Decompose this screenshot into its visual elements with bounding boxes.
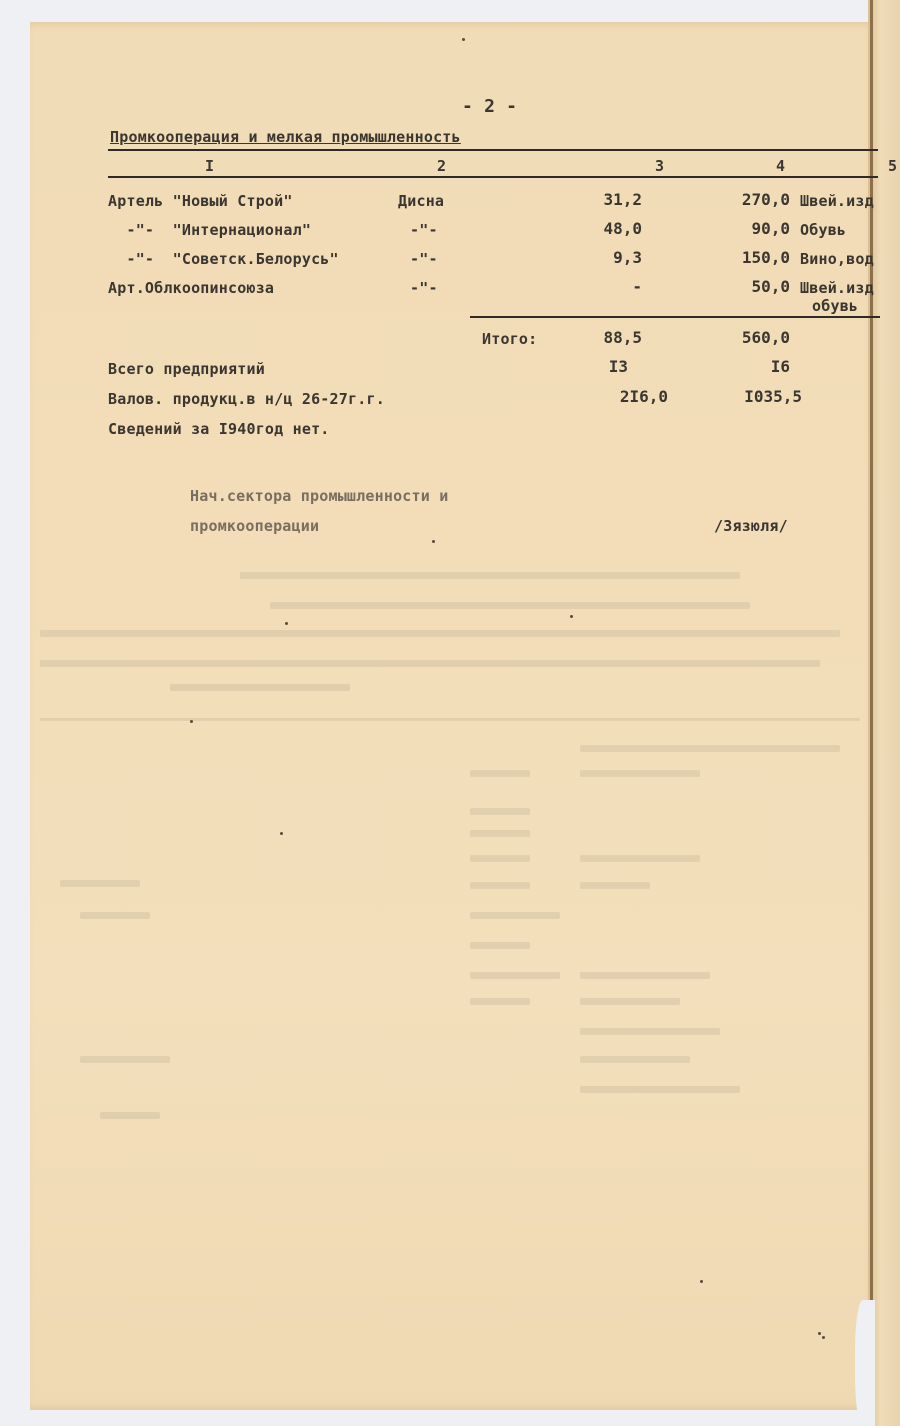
row-location: -"-: [410, 279, 438, 297]
signature-name: /Зязюля/: [714, 517, 788, 535]
column-header-1: I: [205, 157, 214, 175]
row-col5-line2: обувь: [812, 297, 858, 315]
row-col4: 150,0: [700, 248, 790, 267]
summary-label: Всего предприятий: [108, 360, 265, 378]
signature-title-line1: Нач.сектора промышленности и: [190, 487, 448, 505]
total-col4: 560,0: [700, 328, 790, 347]
table-top-rule: [108, 149, 878, 151]
row-location: Дисна: [398, 192, 444, 210]
row-location: -"-: [410, 250, 438, 268]
total-label: Итого:: [482, 330, 537, 348]
summary-col4: I6: [700, 357, 790, 376]
row-col5: Швей.изд: [800, 279, 874, 297]
row-col3: 31,2: [560, 190, 642, 209]
row-col5: Вино,вод: [800, 250, 874, 268]
row-col4: 50,0: [700, 277, 790, 296]
column-header-2: 2: [437, 157, 446, 175]
row-col3: 9,3: [560, 248, 642, 267]
row-name: Артель "Новый Строй": [108, 192, 293, 210]
column-header-3: 3: [655, 157, 664, 175]
total-col3: 88,5: [560, 328, 642, 347]
signature-title-line2: промкооперации: [190, 517, 319, 535]
column-header-5: 5: [888, 157, 897, 175]
row-col5: Обувь: [800, 221, 846, 239]
summary-label: Валов. продукц.в н/ц 26-27г.г.: [108, 390, 385, 408]
total-rule: [470, 316, 880, 318]
header-bottom-rule: [108, 176, 878, 178]
row-col4: 90,0: [700, 219, 790, 238]
summary-col3: I3: [560, 357, 628, 376]
row-name: -"- "Интернационал": [108, 221, 311, 239]
row-col5: Швей.изд: [800, 192, 874, 210]
section-title: Промкооперация и мелкая промышленность: [110, 128, 461, 146]
row-name: Арт.Облкоопинсоюза: [108, 279, 274, 297]
row-col4: 270,0: [700, 190, 790, 209]
row-col3: 48,0: [560, 219, 642, 238]
summary-col3: 2I6,0: [560, 387, 668, 406]
column-header-4: 4: [776, 157, 785, 175]
note-text: Сведений за I940год нет.: [108, 420, 330, 438]
page-number: - 2 -: [462, 96, 517, 117]
row-col3: -: [560, 277, 642, 296]
row-name: -"- "Советск.Белорусь": [108, 250, 339, 268]
torn-corner: [855, 1300, 875, 1426]
page-fold-line: [870, 0, 873, 1426]
row-location: -"-: [410, 221, 438, 239]
summary-col4: I035,5: [700, 387, 802, 406]
